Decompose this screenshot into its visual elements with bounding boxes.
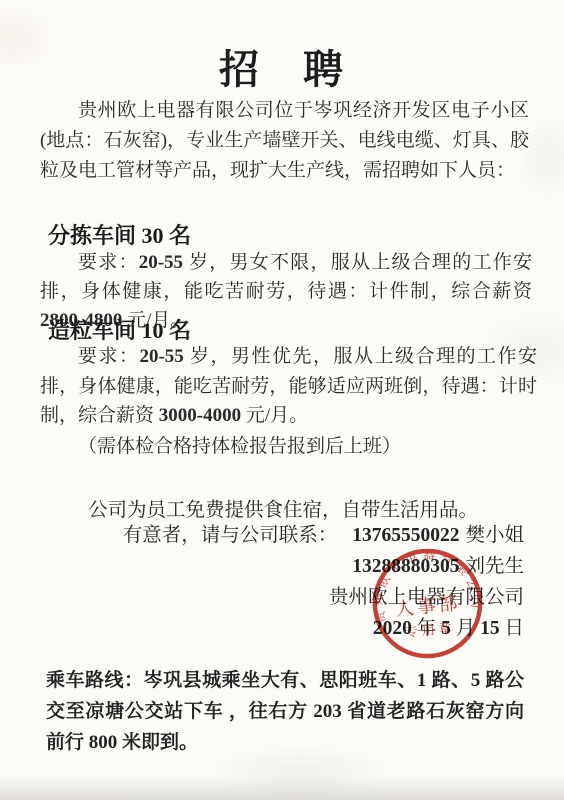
company-seal-stamp: 贵州欧上电器有限公司 人事部 专用章 xyxy=(362,538,493,669)
welfare-line: 公司为员工免费提供食住宿，自带生活用品。 xyxy=(88,494,478,522)
section-heading-sorting-workshop: 分拣车间 30 名 xyxy=(48,219,191,250)
seal-bottom-text: 专用章 xyxy=(404,619,456,639)
intro-paragraph: 贵州欧上电器有限公司位于岑巩经济开发区电子小区(地点：石灰窑)，专业生产墙壁开关… xyxy=(40,96,529,186)
medical-check-note: （需体检合格持体检报告报到后上班） xyxy=(40,431,401,458)
section-body-granulation-workshop: 要求：20-55 岁，男性优先，服从上级合理的工作安排，身体健康，能吃苦耐劳，能… xyxy=(40,342,537,431)
route-paragraph: 乘车路线：岑巩县城乘坐大有、思阳班车、1 路、5 路公交至凉塘公交站下车 ，往右… xyxy=(46,665,524,758)
recruitment-notice-page: 招 聘 贵州欧上电器有限公司位于岑巩经济开发区电子小区(地点：石灰窑)，专业生产… xyxy=(0,0,564,800)
seal-center-text: 人事部 xyxy=(394,592,461,621)
page-title: 招 聘 xyxy=(0,38,564,95)
section-heading-granulation-workshop: 造粒车间 10 名 xyxy=(48,314,191,345)
contact-prefix: 有意者，请与公司联系： xyxy=(123,525,338,546)
